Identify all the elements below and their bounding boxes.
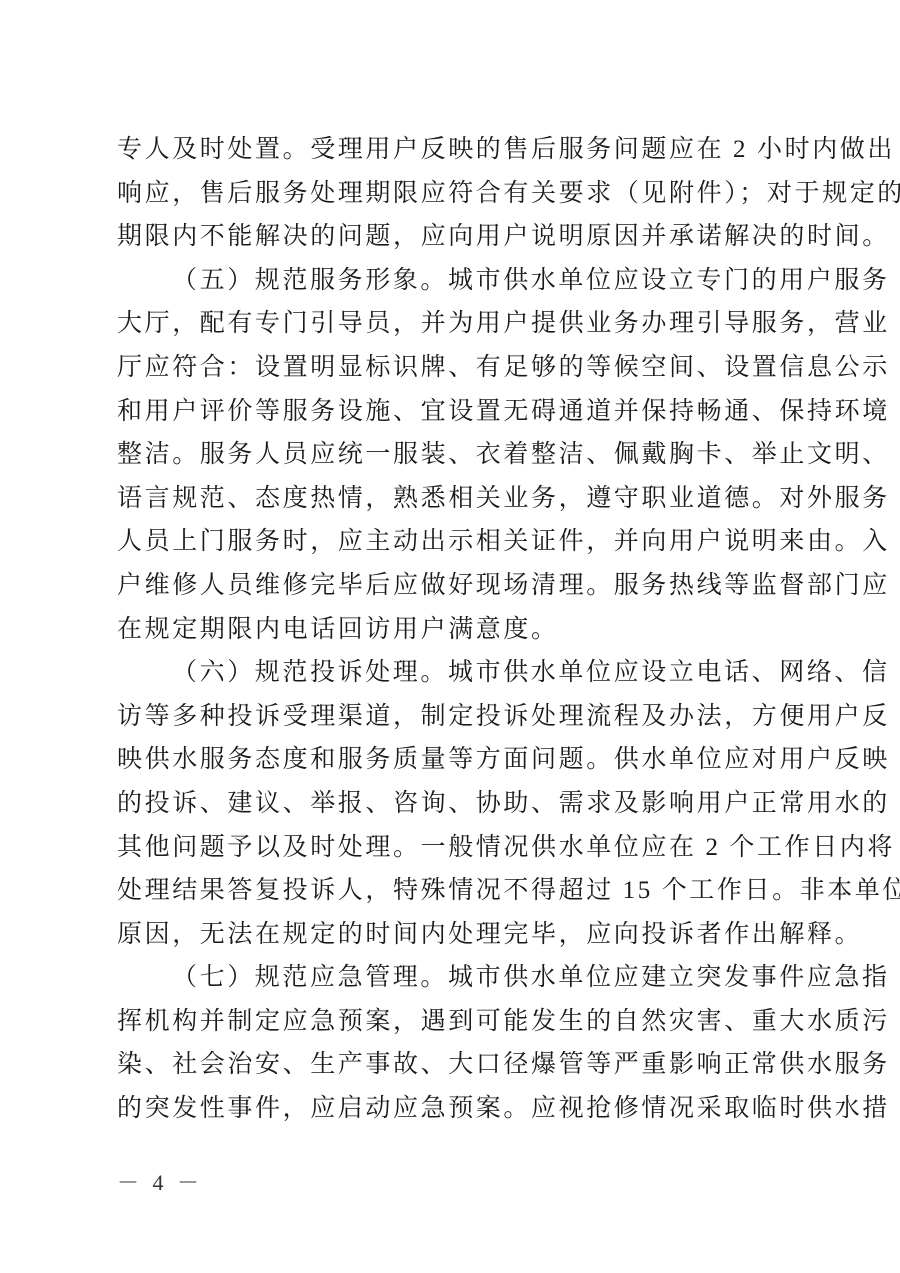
text-line: 整洁。服务人员应统一服装、衣着整洁、佩戴胸卡、举止文明、 <box>117 433 787 477</box>
paragraph-section-7: （七）规范应急管理。城市供水单位应建立突发事件应急指 挥机构并制定应急预案，遇到… <box>117 956 787 1130</box>
text-line: 访等多种投诉受理渠道，制定投诉处理流程及办法，方便用户反 <box>117 695 787 739</box>
text-line: 原因，无法在规定的时间内处理完毕，应向投诉者作出解释。 <box>117 913 787 957</box>
text-line: 映供水服务态度和服务质量等方面问题。供水单位应对用户反映 <box>117 738 787 782</box>
text-line: 的投诉、建议、举报、咨询、协助、需求及影响用户正常用水的 <box>117 782 787 826</box>
document-body: 专人及时处置。受理用户反映的售后服务问题应在 2 小时内做出 响应，售后服务处理… <box>117 128 787 1131</box>
section-heading-line: （七）规范应急管理。城市供水单位应建立突发事件应急指 <box>117 956 787 1000</box>
paragraph-section-5: （五）规范服务形象。城市供水单位应设立专门的用户服务 大厅，配有专门引导员，并为… <box>117 259 787 651</box>
text-line: 挥机构并制定应急预案，遇到可能发生的自然灾害、重大水质污 <box>117 1000 787 1044</box>
paragraph-continuation: 专人及时处置。受理用户反映的售后服务问题应在 2 小时内做出 响应，售后服务处理… <box>117 128 787 259</box>
text-line: 响应，售后服务处理期限应符合有关要求（见附件）；对于规定的 <box>117 172 787 216</box>
section-heading-line: （六）规范投诉处理。城市供水单位应设立电话、网络、信 <box>117 651 787 695</box>
text-line: 和用户评价等服务设施、宜设置无碍通道并保持畅通、保持环境 <box>117 390 787 434</box>
text-line: 专人及时处置。受理用户反映的售后服务问题应在 2 小时内做出 <box>117 128 787 172</box>
text-line: 厅应符合：设置明显标识牌、有足够的等候空间、设置信息公示 <box>117 346 787 390</box>
text-line: 的突发性事件，应启动应急预案。应视抢修情况采取临时供水措 <box>117 1087 787 1131</box>
text-line: 处理结果答复投诉人，特殊情况不得超过 15 个工作日。非本单位 <box>117 869 787 913</box>
page-number: － 4 － <box>117 1166 203 1197</box>
text-line: 在规定期限内电话回访用户满意度。 <box>117 608 787 652</box>
text-line: 染、社会治安、生产事故、大口径爆管等严重影响正常供水服务 <box>117 1043 787 1087</box>
document-page: 专人及时处置。受理用户反映的售后服务问题应在 2 小时内做出 响应，售后服务处理… <box>0 0 900 1273</box>
text-line: 大厅，配有专门引导员，并为用户提供业务办理引导服务，营业 <box>117 302 787 346</box>
text-line: 其他问题予以及时处理。一般情况供水单位应在 2 个工作日内将 <box>117 826 787 870</box>
section-heading-line: （五）规范服务形象。城市供水单位应设立专门的用户服务 <box>117 259 787 303</box>
text-line: 语言规范、态度热情，熟悉相关业务，遵守职业道德。对外服务 <box>117 477 787 521</box>
paragraph-section-6: （六）规范投诉处理。城市供水单位应设立电话、网络、信 访等多种投诉受理渠道，制定… <box>117 651 787 956</box>
text-line: 期限内不能解决的问题，应向用户说明原因并承诺解决的时间。 <box>117 215 787 259</box>
text-line: 人员上门服务时，应主动出示相关证件，并向用户说明来由。入 <box>117 520 787 564</box>
text-line: 户维修人员维修完毕后应做好现场清理。服务热线等监督部门应 <box>117 564 787 608</box>
